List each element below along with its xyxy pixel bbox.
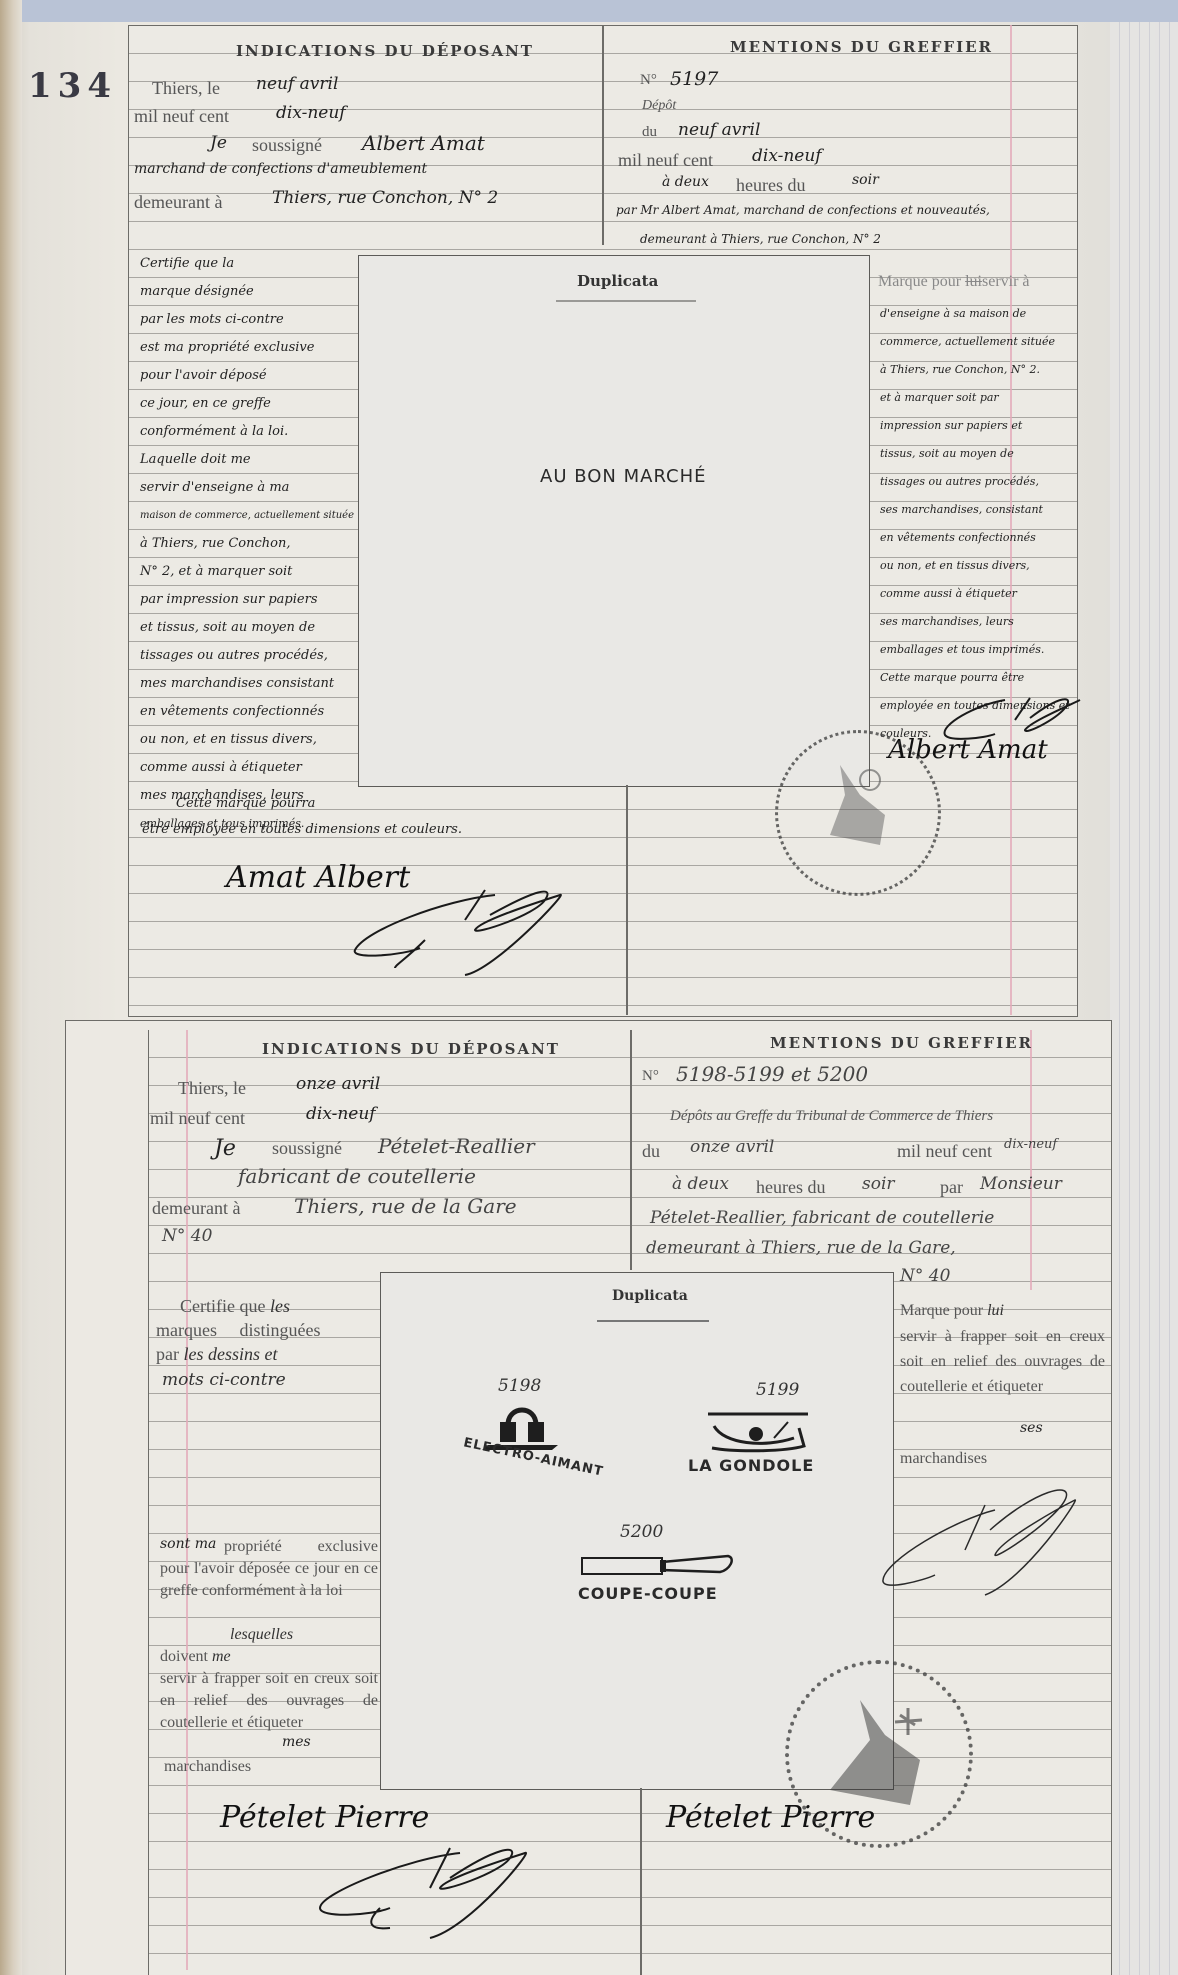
gondola-icon <box>704 1408 812 1454</box>
marque-text: servir à frapper soit en creux soit en r… <box>900 1324 1105 1399</box>
je-word: Je <box>210 133 227 153</box>
soussigne-label: soussigné <box>252 135 322 156</box>
signature-petelet-pierre: Pételet Pierre <box>220 1800 429 1835</box>
greffier-date: neuf avril <box>678 120 760 140</box>
deposant-heading: INDICATIONS DU DÉPOSANT <box>236 42 534 60</box>
depositor-address: Thiers, rue Conchon, N° 2 <box>272 188 498 208</box>
depositor-address-2: N° 40 <box>162 1226 212 1246</box>
column-divider <box>626 785 628 1015</box>
deposit-date: neuf avril <box>256 74 338 94</box>
distinguees-printed: distinguées <box>239 1320 320 1340</box>
deposant-heading: INDICATIONS DU DÉPOSANT <box>262 1040 560 1058</box>
mark-number: 5199 <box>756 1380 799 1400</box>
certifie-line: mes marchandises consistant <box>140 670 362 698</box>
marchandises-label: marchandises <box>900 1448 987 1470</box>
marchandises-label: marchandises <box>164 1756 251 1778</box>
greffier-par-line-2: demeurant à Thiers, rue Conchon, N° 2 <box>640 232 881 246</box>
book-spine <box>0 0 22 1975</box>
mark-number: 5200 <box>620 1522 663 1542</box>
thiers-le-label: Thiers, le <box>178 1078 246 1099</box>
ledger-grid-edge <box>1110 22 1178 1975</box>
greffier-address-line: demeurant à Thiers, rue de la Gare, <box>646 1238 956 1258</box>
demeurant-label: demeurant à <box>152 1198 240 1219</box>
depots-label: Dépôts au Greffe du Tribunal de Commerce… <box>670 1108 993 1125</box>
certifie-line: pour l'avoir déposé <box>140 362 362 390</box>
greffier-par-line-1: par Mr Albert Amat, marchand de confecti… <box>616 203 990 217</box>
certifie-line: en vêtements confectionnés <box>140 698 362 726</box>
soussigne-label: soussigné <box>272 1138 342 1159</box>
etiqueter-hw: ses <box>1020 1420 1043 1436</box>
propriete-text: propriété exclusive pour l'avoir déposée… <box>160 1536 378 1602</box>
marque-line: emballages et tous imprimés. <box>880 636 1095 664</box>
marque-line: ses marchandises, consistant <box>880 496 1095 524</box>
marques-label: marques distinguées <box>156 1320 320 1341</box>
par-label: par les dessins et <box>156 1344 277 1365</box>
column-divider <box>630 1030 632 1270</box>
deposit-numbers: 5198-5199 et 5200 <box>676 1062 868 1086</box>
du-label: du <box>642 124 657 141</box>
liberty-seal-icon <box>800 1680 950 1830</box>
deposit-period: soir <box>852 172 879 188</box>
marque-hw: lui <box>987 1302 1004 1319</box>
doivent-printed: doivent <box>160 1648 208 1665</box>
marque-line: d'enseigne à sa maison de <box>880 300 1095 328</box>
register-page: 134 INDICATIONS DU DÉPOSANT Thiers, le n… <box>0 0 1178 1975</box>
depositor-profession: fabricant de coutellerie <box>238 1164 476 1188</box>
marque-label: Marque pour lui <box>900 1300 1105 1322</box>
greffier-year: dix-neuf <box>752 146 822 166</box>
heures-label: heures du <box>736 175 805 196</box>
signature-paraph-icon <box>310 1838 580 1948</box>
certifie-line: Certifie que la <box>140 250 362 278</box>
column-divider <box>602 25 604 245</box>
greffier-year: dix-neuf <box>1004 1137 1057 1152</box>
deposit-period: soir <box>862 1174 895 1194</box>
certifie-line: et tissus, soit au moyen de <box>140 614 362 642</box>
certifie-text: Certifie que la marque désignée par les … <box>140 250 362 838</box>
depositor-profession: marchand de confections d'ameublement <box>134 161 427 177</box>
marque-line: commerce, actuellement située <box>880 328 1095 356</box>
certifie-line: ou non, et en tissus divers, <box>140 726 362 754</box>
duplicata-label: Duplicata <box>612 1288 688 1304</box>
deposit-time: à deux <box>662 174 709 190</box>
divider <box>556 300 696 302</box>
depositor-name: Pételet-Reallier <box>378 1134 535 1158</box>
marque-line: ses marchandises, leurs <box>880 608 1095 636</box>
deposit-time: à deux <box>672 1174 729 1194</box>
marque-line: impression sur papiers et <box>880 412 1095 440</box>
par-label: par <box>940 1177 963 1198</box>
par-printed: par <box>156 1344 179 1364</box>
par-hw: les dessins et <box>183 1344 277 1364</box>
extra-line-1: Cette marque pourra <box>176 796 315 811</box>
signature-paraph-icon <box>935 690 1085 750</box>
certifie-line: à Thiers, rue Conchon, <box>140 530 362 558</box>
mil-label: mil neuf cent <box>150 1108 245 1129</box>
page-number: 134 <box>28 66 117 106</box>
no-label: N° <box>640 72 657 89</box>
certifie-line: par les mots ci-contre <box>140 306 362 334</box>
struck-word: lui <box>965 273 982 290</box>
extra-line-2: être employée en toutes dimensions et co… <box>142 822 462 837</box>
marque-line: à Thiers, rue Conchon, N° 2. <box>880 356 1095 384</box>
certifie-line: tissages ou autres procédés, <box>140 642 362 670</box>
certifie-line: Laquelle doit me <box>140 446 362 474</box>
marque-line: Cette marque pourra être <box>880 664 1095 692</box>
etiqueter-hw: mes <box>282 1734 311 1750</box>
margin-rule <box>186 1030 188 1970</box>
mark-number: 5198 <box>498 1376 541 1396</box>
mark-text: LA GONDOLE <box>688 1456 814 1475</box>
marque-line: tissus, soit au moyen de <box>880 440 1095 468</box>
servir-text: servir à frapper soit en creux soit en r… <box>160 1668 378 1734</box>
depot-label: Dépôt <box>642 98 676 114</box>
depositor-name: Albert Amat <box>362 131 485 155</box>
divider <box>597 1320 709 1322</box>
certifie-line: est ma propriété exclusive <box>140 334 362 362</box>
duplicata-label: Duplicata <box>577 272 658 290</box>
background-edge <box>0 0 1178 22</box>
marque-line: comme aussi à étiqueter <box>880 580 1095 608</box>
certifie-line: servir d'enseigne à ma <box>140 474 362 502</box>
marque-suffix: servir à <box>982 273 1030 290</box>
certifie-printed: Certifie que <box>180 1296 265 1316</box>
marque-text: d'enseigne à sa maison de commerce, actu… <box>880 300 1095 748</box>
marque-line: tissages ou autres procédés, <box>880 468 1095 496</box>
doivent-hw: me <box>212 1648 231 1665</box>
mark-text: COUPE-COUPE <box>578 1584 718 1603</box>
liberty-seal-icon <box>800 755 910 865</box>
mil-label: mil neuf cent <box>618 150 713 171</box>
greffier-address-2: N° 40 <box>900 1266 950 1286</box>
lesquelles-hw: lesquelles <box>230 1626 293 1643</box>
certifie-line: comme aussi à étiqueter <box>140 754 362 782</box>
marques-printed: marques <box>156 1320 217 1340</box>
certifie-line: ce jour, en ce greffe <box>140 390 362 418</box>
greffier-date: onze avril <box>690 1137 774 1157</box>
certifie-line: maison de commerce, actuellement située <box>140 502 362 530</box>
certifie-hw: les <box>270 1296 290 1316</box>
par-hw-2: mots ci-contre <box>162 1370 286 1390</box>
marque-line: et à marquer soit par <box>880 384 1095 412</box>
certifie-line: marque désignée <box>140 278 362 306</box>
column-divider <box>640 1788 642 1975</box>
doivent-line: lesquelles <box>160 1624 378 1646</box>
par-name: Monsieur <box>980 1174 1062 1194</box>
signature-paraph-icon <box>875 1480 1085 1600</box>
certifie-line: par impression sur papiers <box>140 586 362 614</box>
greffier-name-line: Pételet-Reallier, fabricant de couteller… <box>650 1208 994 1228</box>
certifie-label: Certifie que les <box>180 1296 290 1317</box>
du-label: du <box>642 1141 660 1162</box>
marque-prefix: Marque pour <box>900 1302 983 1319</box>
marque-line: ou non, et en tissus divers, <box>880 552 1095 580</box>
signature-paraph-icon <box>345 880 585 980</box>
marque-line: en vêtements confectionnés <box>880 524 1095 552</box>
heures-label: heures du <box>756 1177 825 1198</box>
marque-label: Marque pour luiservir à <box>878 273 1030 291</box>
duplicata-box <box>358 255 870 787</box>
no-label: N° <box>642 1068 659 1085</box>
demeurant-label: demeurant à <box>134 192 222 213</box>
deposit-number: 5197 <box>670 68 718 90</box>
knife-icon <box>580 1548 740 1582</box>
deposit-date: onze avril <box>296 1074 380 1094</box>
depositor-address: Thiers, rue de la Gare <box>294 1194 517 1218</box>
greffier-heading: MENTIONS DU GREFFIER <box>770 1034 1033 1052</box>
mil-label: mil neuf cent <box>134 106 229 127</box>
margin-rule <box>1030 1030 1032 1290</box>
thiers-le-label: Thiers, le <box>152 78 220 99</box>
doivent-label: doivent me <box>160 1646 378 1668</box>
certifie-line: conformément à la loi. <box>140 418 362 446</box>
je-word: Je <box>214 1136 236 1161</box>
trademark-text: AU BON MARCHÉ <box>540 466 707 487</box>
marque-prefix: Marque pour <box>878 273 961 290</box>
deposit-year: dix-neuf <box>276 103 346 123</box>
deposit-year: dix-neuf <box>306 1104 376 1124</box>
mil-label: mil neuf cent <box>897 1141 992 1162</box>
greffier-heading: MENTIONS DU GREFFIER <box>730 38 993 56</box>
certifie-line: N° 2, et à marquer soit <box>140 558 362 586</box>
